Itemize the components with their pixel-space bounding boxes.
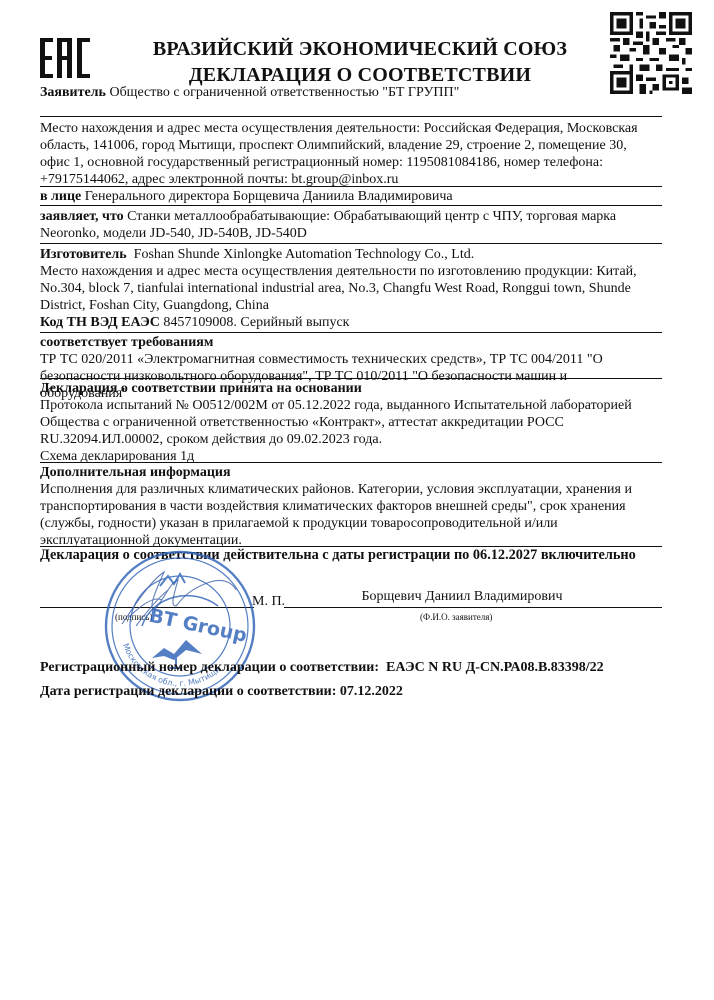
name-caption: (Ф.И.О. заявителя) bbox=[420, 612, 492, 623]
divider bbox=[40, 116, 662, 117]
basis-block: Декларация о соответствии принята на осн… bbox=[40, 380, 662, 465]
manufacturer-address-line: Место нахождения и адрес места осуществл… bbox=[40, 263, 662, 280]
handwritten-signature-icon bbox=[118, 560, 238, 630]
additional-info-line: Исполнения для различных климатических р… bbox=[40, 481, 662, 498]
qr-code-icon[interactable] bbox=[610, 12, 692, 94]
additional-info-label: Дополнительная информация bbox=[40, 464, 662, 481]
manufacturer-label: Изготовитель bbox=[40, 247, 127, 262]
divider bbox=[40, 186, 662, 187]
divider bbox=[40, 462, 662, 463]
address-line: офис 1, основной государственный регистр… bbox=[40, 154, 662, 171]
registration-number-label: Регистрационный номер декларации о соотв… bbox=[40, 660, 379, 675]
divider bbox=[40, 205, 662, 206]
basis-label: Декларация о соответствии принята на осн… bbox=[40, 380, 662, 397]
registration-date-value: 07.12.2022 bbox=[340, 684, 403, 699]
divider bbox=[40, 332, 662, 333]
code-value: 8457109008. Серийный выпуск bbox=[163, 315, 349, 330]
manufacturer-block: Изготовитель Foshan Shunde Xinlongke Aut… bbox=[40, 246, 662, 331]
basis-line: Протокола испытаний № О0512/002М от 05.1… bbox=[40, 397, 662, 414]
basis-line: RU.32094.ИЛ.00002, сроком действия до 09… bbox=[40, 431, 662, 448]
declares-line: Станки металлообрабатывающие: Обрабатыва… bbox=[127, 209, 616, 224]
additional-info-line: транспортирования в части воздействия кл… bbox=[40, 498, 662, 515]
address-line: область, 141006, город Мытищи, проспект … bbox=[40, 137, 662, 154]
applicant-address: Место нахождения и адрес места осуществл… bbox=[40, 120, 662, 188]
representative-label: в лице bbox=[40, 189, 81, 204]
applicant-row: Заявитель Общество с ограниченной ответс… bbox=[40, 84, 662, 101]
declaration-document: ВРАЗИЙСКИЙ ЭКОНОМИЧЕСКИЙ СОЮЗ ДЕКЛАРАЦИЯ… bbox=[0, 0, 714, 1000]
additional-info-block: Дополнительная информация Исполнения для… bbox=[40, 464, 662, 549]
divider bbox=[40, 243, 662, 244]
code-label: Код ТН ВЭД ЕАЭС bbox=[40, 315, 160, 330]
declares-label: заявляет, что bbox=[40, 209, 124, 224]
basis-line: Общества с ограниченной ответственностью… bbox=[40, 414, 662, 431]
registration-date-label: Дата регистрации декларации о соответств… bbox=[40, 684, 336, 699]
signer-name: Борщевич Даниил Владимирович bbox=[262, 589, 662, 605]
manufacturer-name: Foshan Shunde Xinlongke Automation Techn… bbox=[134, 247, 475, 262]
registration-number-value: ЕАЭС N RU Д-CN.РА08.В.83398/22 bbox=[386, 660, 604, 675]
eac-logo-icon bbox=[40, 38, 90, 78]
manufacturer-address-line: District, Foshan City, Guangdong, China bbox=[40, 297, 662, 314]
document-title: ВРАЗИЙСКИЙ ЭКОНОМИЧЕСКИЙ СОЮЗ ДЕКЛАРАЦИЯ… bbox=[110, 36, 610, 88]
manufacturer-address-line: No.304, block 7, tianfulai international… bbox=[40, 280, 662, 297]
title-union: ВРАЗИЙСКИЙ ЭКОНОМИЧЕСКИЙ СОЮЗ bbox=[110, 36, 610, 62]
representative-row: в лице Генерального директора Борщевича … bbox=[40, 188, 662, 205]
compliance-line: ТР ТС 020/2011 «Электромагнитная совмест… bbox=[40, 351, 662, 368]
address-line: Место нахождения и адрес места осуществл… bbox=[40, 120, 662, 137]
declares-block: заявляет, что Станки металлообрабатывающ… bbox=[40, 208, 662, 242]
name-line bbox=[284, 607, 662, 608]
registration-date-row: Дата регистрации декларации о соответств… bbox=[40, 684, 403, 700]
compliance-label: соответствует требованиям bbox=[40, 334, 662, 351]
applicant-value: Общество с ограниченной ответственностью… bbox=[109, 85, 459, 100]
representative-value: Генерального директора Борщевича Даниила… bbox=[85, 189, 453, 204]
registration-number-row: Регистрационный номер декларации о соотв… bbox=[40, 660, 604, 676]
additional-info-line: (службы, годности) указан в прилагаемой … bbox=[40, 515, 662, 532]
declares-line: Neoronko, модели JD-540, JD-540B, JD-540… bbox=[40, 225, 662, 242]
divider bbox=[40, 378, 662, 379]
applicant-label: Заявитель bbox=[40, 85, 106, 100]
